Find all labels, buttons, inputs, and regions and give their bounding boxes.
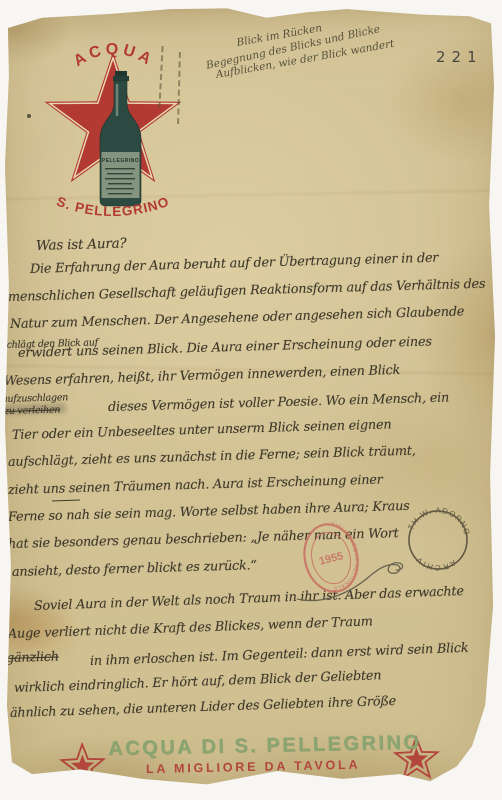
manuscript-line: menschlichen Gesellschaft geläufigen Rea… xyxy=(8,277,486,305)
manuscript-struck-word: gänzlich xyxy=(6,650,59,666)
manuscript-struck-insert: zu verleihen xyxy=(4,404,61,417)
manuscript-line: Natur zum Menschen. Der Angesehene oder … xyxy=(10,304,465,332)
manuscript-line: Tier oder ein Unbeseeltes unter unserm B… xyxy=(12,417,392,443)
manuscript-line: ähnlich zu sehen, die unteren Lider des … xyxy=(10,694,397,721)
manuscript-title: Was ist Aura? xyxy=(36,235,127,254)
manuscript-line: Auge verliert nicht die Kraft des Blicke… xyxy=(8,614,373,642)
manuscript-line: dieses Vermögen ist voller Poesie. Wo ei… xyxy=(108,390,449,415)
paper-sheet: PELLEGRINO ACQUA S. PELLEGRINO 221 xyxy=(2,6,497,793)
manuscript-line: Wesens erfahren, heißt, ihr Vermögen inn… xyxy=(4,363,400,389)
bottle-label-text: PELLEGRINO xyxy=(102,158,140,164)
manuscript-line: aufschlägt, zieht es uns zunächst in die… xyxy=(8,444,416,470)
scanned-manuscript-page: PELLEGRINO ACQUA S. PELLEGRINO 221 xyxy=(0,0,502,800)
manuscript-line: zieht uns seinen Träumen nach. Aura ist … xyxy=(8,473,383,498)
pencil-annotation: Blick im Rücken Begegnung des Blicks und… xyxy=(202,9,395,83)
manuscript-line: in ihm erloschen ist. Im Gegenteil: dann… xyxy=(90,641,469,669)
ink-spot xyxy=(27,114,31,118)
manuscript-line: ansieht, desto ferner blickt es zurück.“ xyxy=(12,558,257,580)
footer-letterhead: ACQUA DI S. PELLEGRINO LA MIGLIORE DA TA… xyxy=(2,730,497,740)
underline-mark xyxy=(52,500,80,502)
stamp-bottom-arc-text: ARCHIV xyxy=(413,554,459,574)
svg-text:ARCHIV: ARCHIV xyxy=(413,554,459,574)
pellegrino-logo: PELLEGRINO ACQUA S. PELLEGRINO xyxy=(38,32,188,232)
footer-star-left-icon xyxy=(58,742,107,791)
pencil-doodle xyxy=(293,553,415,611)
manuscript-line: wirklich eindringlich. Er hört auf, dem … xyxy=(14,668,382,696)
svg-text:TH.W. ADORNO: TH.W. ADORNO xyxy=(406,503,474,538)
manuscript-line: Die Erfahrung der Aura beruht auf der Üb… xyxy=(30,251,439,277)
folio-number: 221 xyxy=(436,48,483,66)
stamp-top-arc-text: TH.W. ADORNO xyxy=(406,503,474,538)
